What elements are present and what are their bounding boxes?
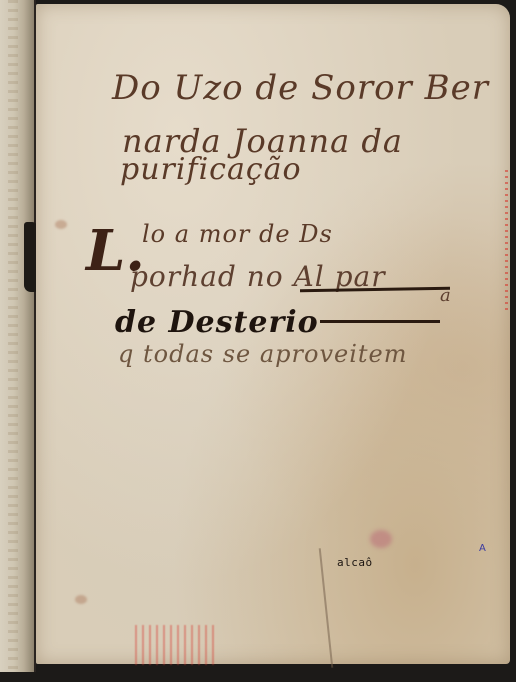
manuscript-line-1: Do Uzo de Soror Ber — [112, 68, 489, 108]
manuscript-line-4: lo a mor de Ds — [142, 220, 333, 248]
manuscript-line-3: purificação — [120, 152, 302, 187]
strikethrough-line — [320, 320, 440, 323]
pink-stain — [370, 530, 392, 548]
foxing-spot — [75, 595, 87, 604]
foxing-spot — [55, 220, 67, 229]
manuscript-line-7: q todas se aproveitem — [118, 340, 408, 368]
manuscript-scan: Do Uzo de Soror Ber narda Joanna da puri… — [0, 0, 516, 682]
superscript-a: a — [440, 285, 451, 306]
book-spine-edge — [0, 0, 36, 672]
red-edge-stain-bottom — [135, 625, 215, 665]
library-stamp: alcaô — [337, 556, 373, 569]
blue-ink-mark: A — [479, 543, 486, 554]
red-edge-stain-right — [505, 170, 508, 310]
manuscript-line-6: de Desterio — [115, 305, 319, 340]
